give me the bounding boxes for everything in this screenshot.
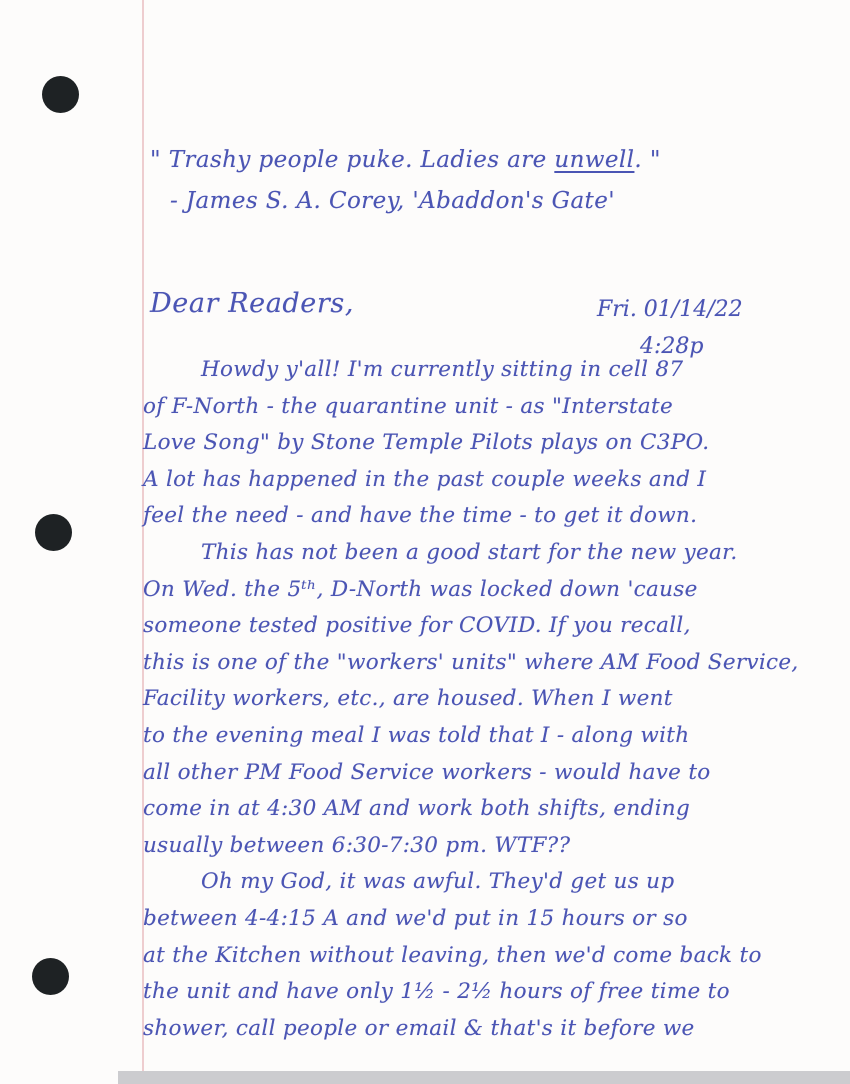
hole-punch-middle xyxy=(35,514,72,551)
letter-body: Howdy y'all! I'm currently sitting in ce… xyxy=(143,352,843,1047)
epigraph-quote: " Trashy people puke. Ladies are unwell.… xyxy=(150,140,661,222)
handwritten-line: come in at 4:30 AM and work both shifts,… xyxy=(143,791,843,828)
handwritten-line: Oh my God, it was awful. They'd get us u… xyxy=(143,864,843,901)
quote-underlined-word: unwell xyxy=(554,147,634,173)
handwritten-line: usually between 6:30-7:30 pm. WTF?? xyxy=(143,828,843,865)
handwritten-line: this is one of the "workers' units" wher… xyxy=(143,645,843,682)
handwritten-line: of F-North - the quarantine unit - as "I… xyxy=(143,389,843,426)
hole-punch-top xyxy=(42,76,79,113)
quote-pre: " Trashy people puke. Ladies are xyxy=(150,147,554,173)
handwritten-line: Howdy y'all! I'm currently sitting in ce… xyxy=(143,352,843,389)
quote-text: " Trashy people puke. Ladies are unwell.… xyxy=(150,140,661,181)
handwritten-line: to the evening meal I was told that I - … xyxy=(143,718,843,755)
handwritten-line: between 4-4:15 A and we'd put in 15 hour… xyxy=(143,901,843,938)
handwritten-line: Love Song" by Stone Temple Pilots plays … xyxy=(143,425,843,462)
quote-attribution: - James S. A. Corey, 'Abaddon's Gate' xyxy=(150,181,661,222)
handwritten-line: at the Kitchen without leaving, then we'… xyxy=(143,938,843,975)
handwritten-line: the unit and have only 1½ - 2½ hours of … xyxy=(143,974,843,1011)
letter-date: Fri. 01/14/22 xyxy=(597,297,743,322)
scanner-edge-band xyxy=(118,1071,850,1084)
handwritten-line: This has not been a good start for the n… xyxy=(143,535,843,572)
handwritten-line: On Wed. the 5ᵗʰ, D-North was locked down… xyxy=(143,572,843,609)
quote-post: . " xyxy=(634,147,660,173)
hole-punch-bottom xyxy=(32,958,69,995)
handwritten-line: someone tested positive for COVID. If yo… xyxy=(143,608,843,645)
salutation: Dear Readers, xyxy=(150,288,354,319)
handwritten-line: feel the need - and have the time - to g… xyxy=(143,498,843,535)
handwritten-line: shower, call people or email & that's it… xyxy=(143,1011,843,1048)
handwritten-line: all other PM Food Service workers - woul… xyxy=(143,755,843,792)
handwritten-line: A lot has happened in the past couple we… xyxy=(143,462,843,499)
handwritten-line: Facility workers, etc., are housed. When… xyxy=(143,681,843,718)
scanned-letter-page: " Trashy people puke. Ladies are unwell.… xyxy=(0,0,850,1084)
